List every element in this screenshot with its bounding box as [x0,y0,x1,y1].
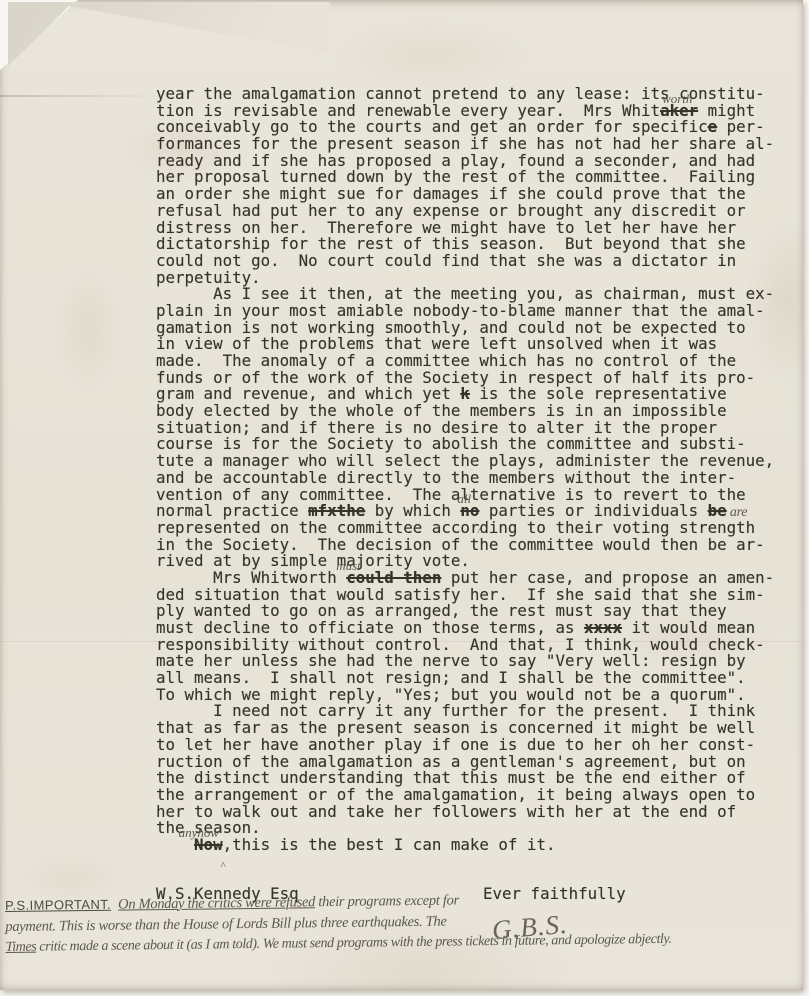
horizontal-crease [0,95,165,97]
typed-line: Nowanyhow^,this is the best I can make o… [156,837,788,854]
handwritten-signature: G.B.S. [491,909,569,946]
folded-corner-crease [8,2,330,66]
scanned-letter-page: year the amalgamation cannot pretend to … [0,0,809,996]
letter-paper: year the amalgamation cannot pretend to … [0,0,803,990]
typed-text: ,this is the best I can make of it. [223,835,556,854]
handwritten-postscript: P.S.IMPORTANT.On Monday the critics were… [5,888,808,961]
ps-label: P.S.IMPORTANT. [5,897,111,913]
typed-body: year the amalgamation cannot pretend to … [156,86,788,854]
ps-text: their programs except for [315,892,459,910]
ps-text: On Monday the critics were refused [118,894,315,912]
ps-text: Times [6,940,37,955]
ps-lines: P.S.IMPORTANT.On Monday the critics were… [5,888,808,961]
